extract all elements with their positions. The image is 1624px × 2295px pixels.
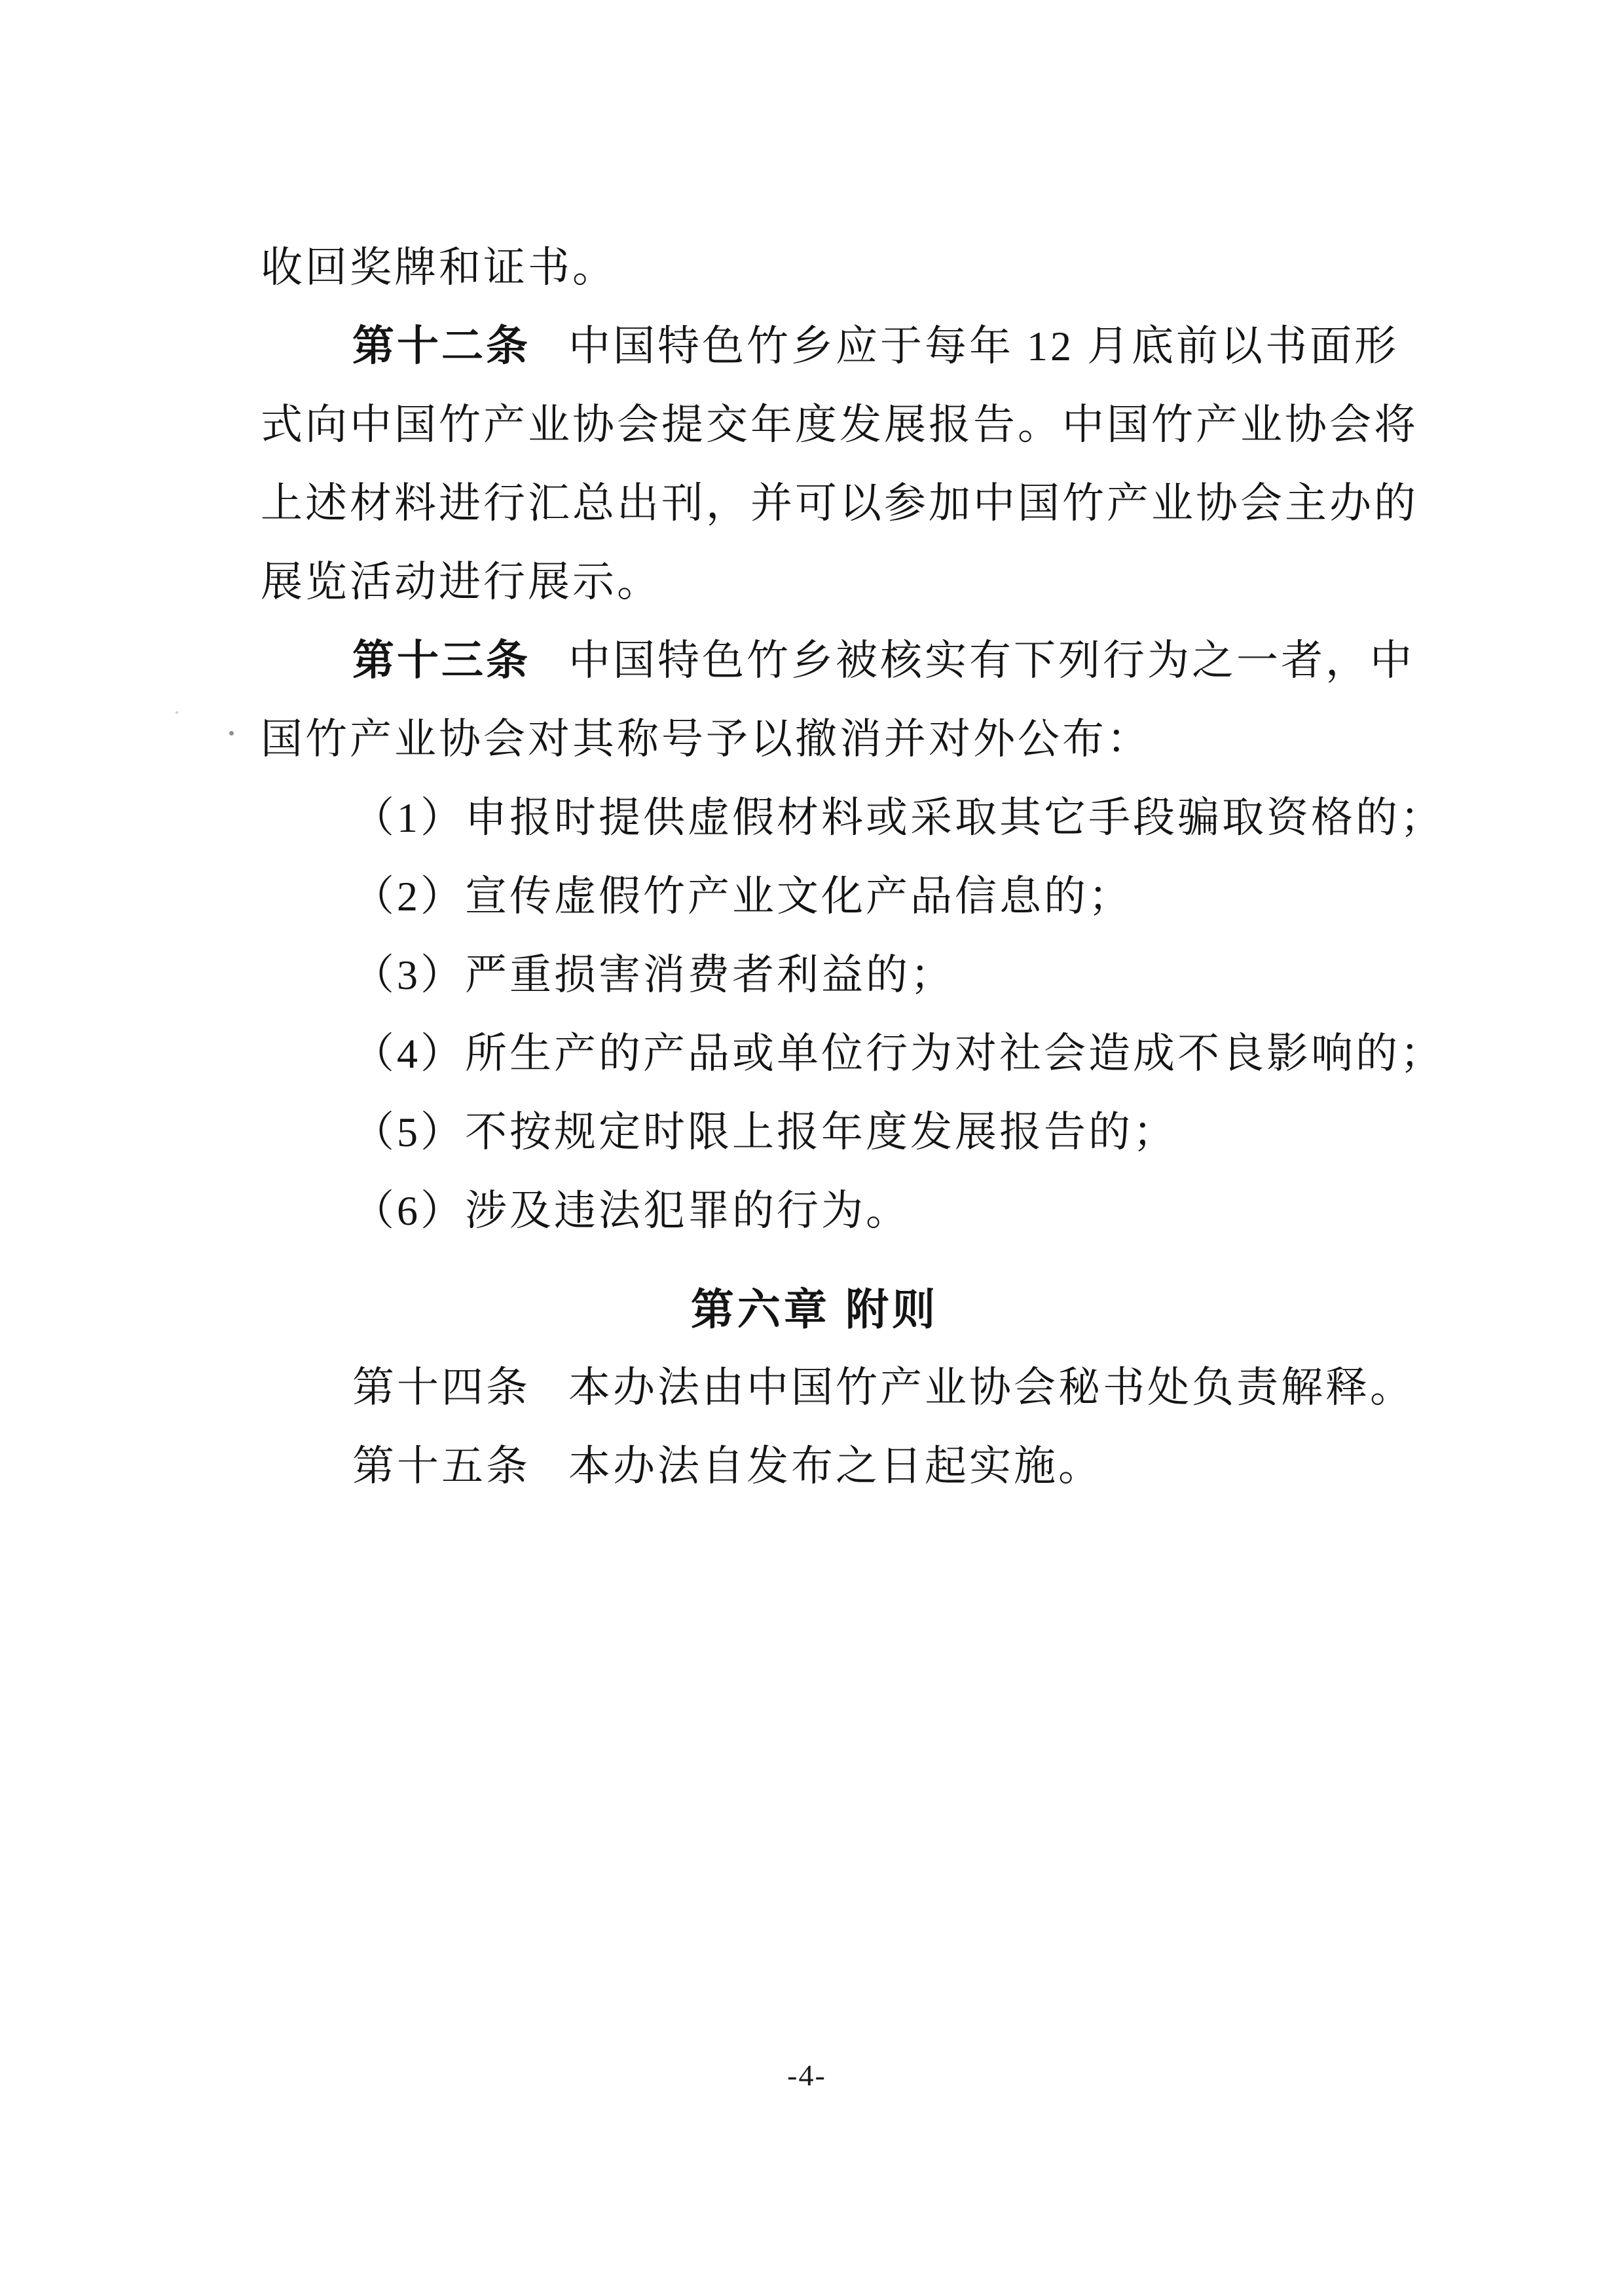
line-text: （1）申报时提供虚假材料或采取其它手段骗取资格的； xyxy=(352,794,1445,841)
article-number: 第十五条 xyxy=(352,1443,530,1489)
article-number: 第十二条 xyxy=(352,323,530,369)
line-text: 收回奖牌和证书。 xyxy=(261,244,617,291)
line-text: （4）所生产的产品或单位行为对社会造成不良影响的； xyxy=(352,1030,1445,1077)
line-text: 国竹产业协会对其称号予以撤消并对外公布： xyxy=(261,716,1151,762)
scan-speck xyxy=(175,711,178,714)
line-text: （2）宣传虚假竹产业文化产品信息的； xyxy=(352,873,1133,920)
line-text: 本办法由中国竹产业协会秘书处负责解释。 xyxy=(568,1364,1414,1411)
scan-speck xyxy=(229,731,234,736)
line-text: （5）不按规定时限上报年度发展报告的； xyxy=(352,1109,1177,1155)
line-text: （3）严重损害消费者利益的； xyxy=(352,952,955,998)
document-line: 展览活动进行展示。 xyxy=(261,543,1369,622)
document-line: 国竹产业协会对其称号予以撤消并对外公布： xyxy=(261,700,1369,779)
document-line: 上述材料进行汇总出刊，并可以参加中国竹产业协会主办的 xyxy=(261,464,1369,543)
line-text: （6）涉及违法犯罪的行为。 xyxy=(352,1187,910,1234)
page-number: -4- xyxy=(0,2058,1614,2093)
line-text: 中国特色竹乡被核实有下列行为之一者，中 xyxy=(568,637,1414,684)
document-line: （6）涉及违法犯罪的行为。 xyxy=(261,1172,1369,1250)
document-line: （5）不按规定时限上报年度发展报告的； xyxy=(261,1093,1369,1172)
line-text: 本办法自发布之日起实施。 xyxy=(568,1443,1103,1489)
document-line: （3）严重损害消费者利益的； xyxy=(261,936,1369,1015)
document-line: 第十二条中国特色竹乡应于每年 12 月底前以书面形 xyxy=(261,307,1369,386)
document-line: 第十四条本办法由中国竹产业协会秘书处负责解释。 xyxy=(261,1349,1369,1427)
document-line: 式向中国竹产业协会提交年度发展报告。中国竹产业协会将 xyxy=(261,386,1369,464)
document-line: 第十五条本办法自发布之日起实施。 xyxy=(261,1427,1369,1506)
line-text: 式向中国竹产业协会提交年度发展报告。中国竹产业协会将 xyxy=(261,401,1418,448)
scanned-document-page: 收回奖牌和证书。第十二条中国特色竹乡应于每年 12 月底前以书面形式向中国竹产业… xyxy=(0,0,1624,2295)
document-line: （1）申报时提供虚假材料或采取其它手段骗取资格的； xyxy=(261,779,1369,857)
document-line: 收回奖牌和证书。 xyxy=(261,229,1369,307)
line-text: 中国特色竹乡应于每年 12 月底前以书面形 xyxy=(568,323,1399,369)
line-text: 上述材料进行汇总出刊，并可以参加中国竹产业协会主办的 xyxy=(261,480,1418,527)
chapter-heading: 第六章 附则 xyxy=(261,1270,1369,1349)
line-text: 展览活动进行展示。 xyxy=(261,559,661,605)
document-line: 第十三条中国特色竹乡被核实有下列行为之一者，中 xyxy=(261,622,1369,700)
article-number: 第十四条 xyxy=(352,1364,530,1411)
article-number: 第十三条 xyxy=(352,637,530,684)
document-text: 收回奖牌和证书。第十二条中国特色竹乡应于每年 12 月底前以书面形式向中国竹产业… xyxy=(261,229,1369,1506)
document-line: （4）所生产的产品或单位行为对社会造成不良影响的； xyxy=(261,1015,1369,1093)
document-line: （2）宣传虚假竹产业文化产品信息的； xyxy=(261,857,1369,936)
